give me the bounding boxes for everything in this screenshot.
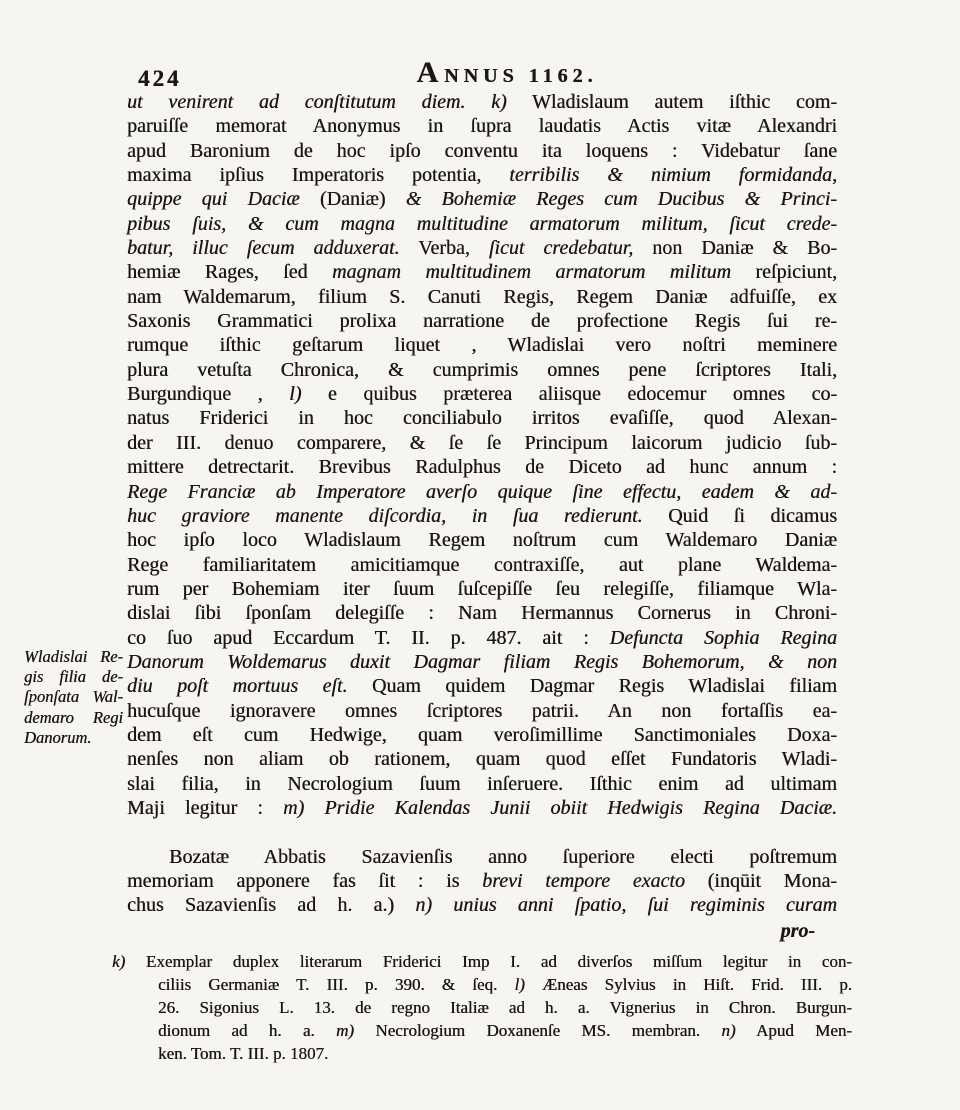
body-text-line: rum per Bohemiam iter ſuum ſuſcepiſſe ſe… bbox=[127, 577, 837, 601]
running-title: ANNUS 1162. bbox=[152, 56, 862, 90]
body-text-line: huc graviore manente diſcordia, in ſua r… bbox=[127, 504, 837, 528]
body-text-line: der III. denuo comparere, & ſe ſe Princi… bbox=[127, 431, 837, 455]
body-text-line: slai filia, in Necrologium ſuum inſeruer… bbox=[127, 772, 837, 796]
margin-note: Wladislai Re-gis filia de-ſponſata Wal-d… bbox=[24, 647, 123, 748]
body-text-line: plura vetuſta Chronica, & cumprimis omne… bbox=[127, 358, 837, 382]
body-text-line: Danorum Woldemarus duxit Dagmar filiam R… bbox=[127, 650, 837, 674]
footnote-line: ken. Tom. T. III. p. 1807. bbox=[112, 1042, 852, 1065]
body-text-line: diu poſt mortuus eſt. Quam quidem Dagmar… bbox=[127, 674, 837, 698]
body-text-line: hucuſque ignoravere omnes ſcriptores pat… bbox=[127, 699, 837, 723]
body-text-line: dem eſt cum Hedwige, quam veroſimillime … bbox=[127, 723, 837, 747]
footnote-line: ciliis Germaniæ T. III. p. 390. & ſeq. l… bbox=[112, 973, 852, 996]
body-text-line: chus Sazavienſis ad h. a.) n) unius anni… bbox=[127, 893, 837, 917]
body-text-line: nam Waldemarum, filium S. Canuti Regis, … bbox=[127, 285, 837, 309]
body-text-line: mittere detrectarit. Brevibus Radulphus … bbox=[127, 455, 837, 479]
footnote-block: k) Exemplar duplex literarum Friderici I… bbox=[112, 950, 852, 1065]
body-text-line: Bozatæ Abbatis Sazavienſis anno ſuperior… bbox=[127, 845, 837, 869]
body-text-line: nenſes non aliam ob rationem, quam quod … bbox=[127, 747, 837, 771]
body-text-line: Maji legitur : m) Pridie Kalendas Junii … bbox=[127, 796, 837, 820]
body-text-line: natus Friderici in hoc conciliabulo irri… bbox=[127, 406, 837, 430]
body-text-line: Rege Franciæ ab Imperatore averſo quique… bbox=[127, 480, 837, 504]
margin-note-line: Wladislai Re- bbox=[24, 647, 123, 667]
catchword: pro- bbox=[127, 919, 837, 943]
running-title-rest: NNUS 1162. bbox=[444, 65, 597, 87]
body-text-line: memoriam apponere fas ſit : is brevi tem… bbox=[127, 869, 837, 893]
body-text-line: apud Baronium de hoc ipſo conventu ita l… bbox=[127, 139, 837, 163]
margin-note-line: Danorum. bbox=[24, 728, 123, 748]
running-title-initial: A bbox=[416, 56, 444, 89]
body-text-line: ut venirent ad conſtitutum diem. k) Wlad… bbox=[127, 90, 837, 114]
body-text-line: Rege familiaritatem amicitiamque contrax… bbox=[127, 553, 837, 577]
margin-note-line: demaro Regi bbox=[24, 708, 123, 728]
margin-note-line: ſponſata Wal- bbox=[24, 687, 123, 707]
body-text-line: maxima ipſius Imperatoris potentia, terr… bbox=[127, 163, 837, 187]
body-text-line: dislai ſibi ſponſam delegiſſe : Nam Herm… bbox=[127, 601, 837, 625]
body-text-line bbox=[127, 820, 837, 844]
body-text-line: hoc ipſo loco Wladislaum Regem noſtrum c… bbox=[127, 528, 837, 552]
body-text-line: hemiæ Rages, ſed magnam multitudinem arm… bbox=[127, 260, 837, 284]
body-text-line: quippe qui Daciæ (Daniæ) & Bohemiæ Reges… bbox=[127, 187, 837, 211]
body-text-line: Saxonis Grammatici prolixa narratione de… bbox=[127, 309, 837, 333]
book-page: 424 ANNUS 1162. Wladislai Re-gis filia d… bbox=[0, 0, 960, 1110]
body-text-line: paruiſſe memorat Anonymus in ſupra lauda… bbox=[127, 114, 837, 138]
margin-note-line: gis filia de- bbox=[24, 667, 123, 687]
footnote-line: 26. Sigonius L. 13. de regno Italiæ ad h… bbox=[112, 996, 852, 1019]
body-text-line: Burgundique , l) e quibus præterea aliis… bbox=[127, 382, 837, 406]
footnote-line: k) Exemplar duplex literarum Friderici I… bbox=[112, 950, 852, 973]
body-text-line: rumque iſthic geſtarum liquet , Wladisla… bbox=[127, 333, 837, 357]
body-text: ut venirent ad conſtitutum diem. k) Wlad… bbox=[127, 90, 837, 918]
body-text-line: pibus ſuis, & cum magna multitudine arma… bbox=[127, 212, 837, 236]
footnote-line: dionum ad h. a. m) Necrologium Doxanenſe… bbox=[112, 1019, 852, 1042]
body-text-line: co ſuo apud Eccardum T. II. p. 487. ait … bbox=[127, 626, 837, 650]
body-text-line: batur, illuc ſecum adduxerat. Verba, ſic… bbox=[127, 236, 837, 260]
